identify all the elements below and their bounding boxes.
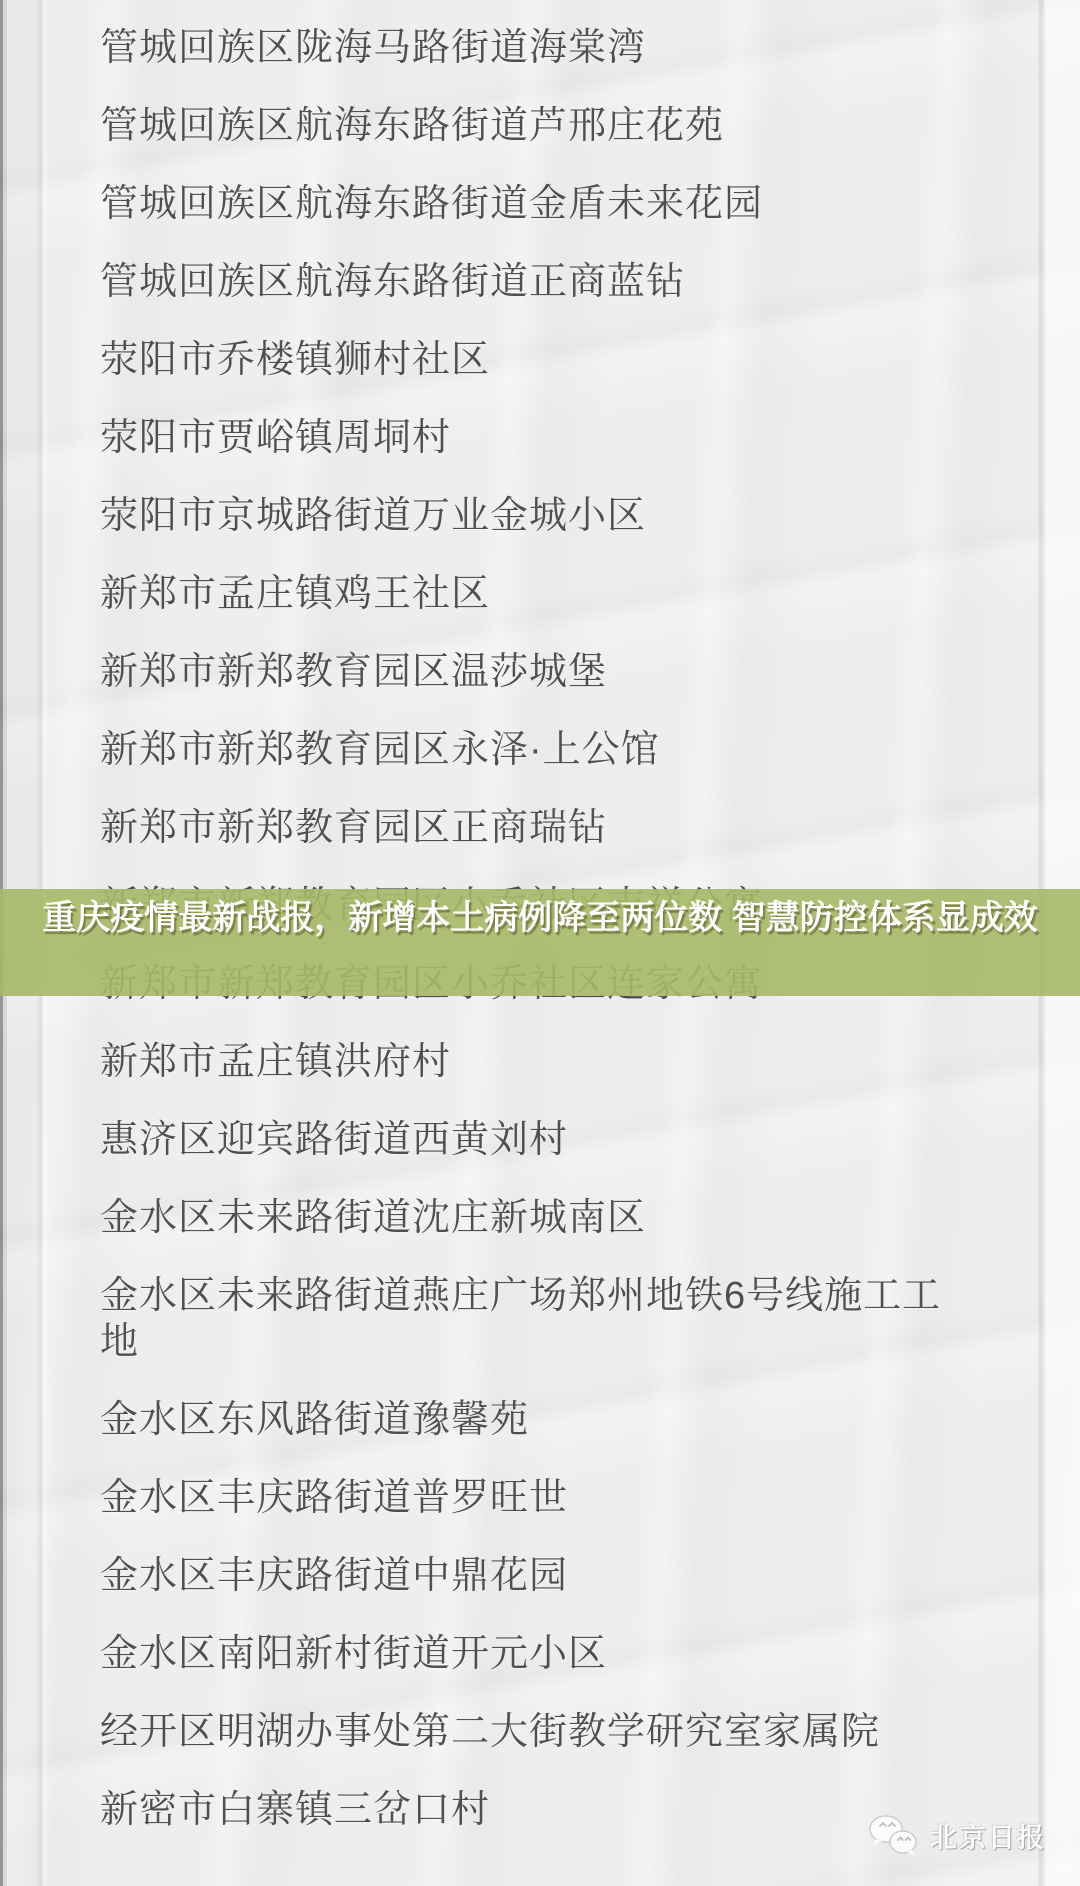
list-item: 管城回族区陇海马路街道海棠湾 xyxy=(100,25,980,71)
list-item: 荥阳市乔楼镇狮村社区 xyxy=(100,337,980,383)
list-item: 新郑市孟庄镇鸡王社区 xyxy=(100,571,980,617)
list-item: 管城回族区航海东路街道正商蓝钻 xyxy=(100,259,980,305)
list-item: 新郑市孟庄镇洪府村 xyxy=(100,1039,980,1085)
headline-text: 重庆疫情最新战报，新增本土病例降至两位数 智慧防控体系显成效 xyxy=(36,898,1044,939)
list-item: 荥阳市京城路街道万业金城小区 xyxy=(100,493,980,539)
list-item: 金水区未来路街道燕庄广场郑州地铁6号线施工工地 xyxy=(100,1273,980,1365)
list-item: 金水区南阳新村街道开元小区 xyxy=(100,1631,980,1677)
list-item: 金水区未来路街道沈庄新城南区 xyxy=(100,1195,980,1241)
source-label: 北京日报 xyxy=(930,1816,1046,1855)
wechat-bubbles-icon xyxy=(866,1812,922,1858)
headline-banner: 重庆疫情最新战报，新增本土病例降至两位数 智慧防控体系显成效 xyxy=(0,889,1080,996)
list-item: 金水区丰庆路街道普罗旺世 xyxy=(100,1475,980,1521)
list-item: 金水区丰庆路街道中鼎花园 xyxy=(100,1553,980,1599)
source-watermark: 北京日报 xyxy=(866,1812,1046,1858)
list-item: 新郑市新郑教育园区正商瑞钻 xyxy=(100,805,980,851)
screenshot-root: 管城回族区陇海马路街道海棠湾 管城回族区航海东路街道芦邢庄花苑 管城回族区航海东… xyxy=(0,0,1080,1886)
list-item: 荥阳市贾峪镇周垌村 xyxy=(100,415,980,461)
list-item: 新郑市新郑教育园区永泽·上公馆 xyxy=(100,727,980,773)
list-item: 管城回族区航海东路街道芦邢庄花苑 xyxy=(100,103,980,149)
list-item: 惠济区迎宾路街道西黄刘村 xyxy=(100,1117,980,1163)
list-item: 管城回族区航海东路街道金盾未来花园 xyxy=(100,181,980,227)
list-item: 新密市白寨镇三岔口村 xyxy=(100,1787,980,1833)
list-item: 经开区明湖办事处第二大街教学研究室家属院 xyxy=(100,1709,980,1755)
list-item: 金水区东风路街道豫馨苑 xyxy=(100,1397,980,1443)
list-item: 新郑市新郑教育园区温莎城堡 xyxy=(100,649,980,695)
